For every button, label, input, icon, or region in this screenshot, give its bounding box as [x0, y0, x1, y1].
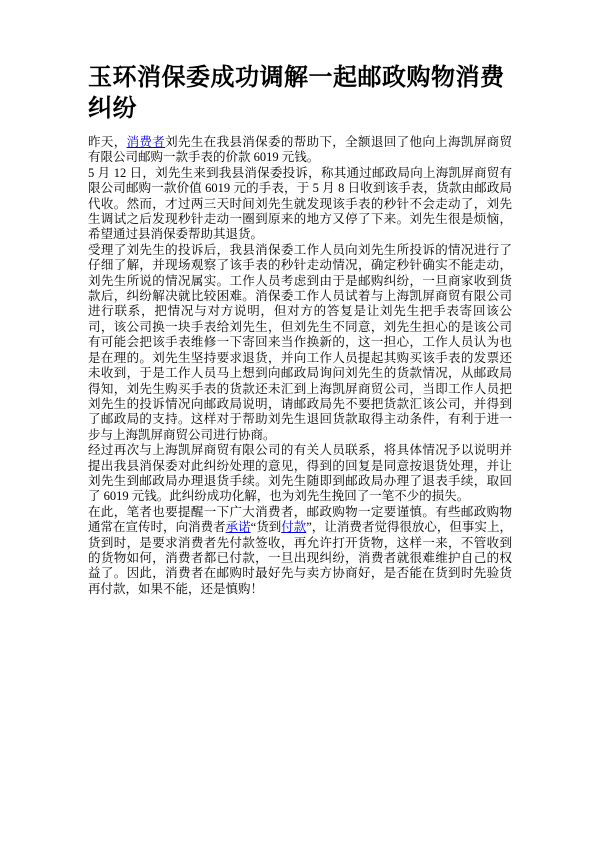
paragraph: 经过再次与上海凯屏商贸有限公司的有关人员联系，将具体情况予以说明并提出我县消保委…: [88, 443, 512, 505]
article-body: 昨天，消费者刘先生在我县消保委的帮助下，全额退回了他向上海凯屏商贸有限公司邮购一…: [88, 135, 512, 597]
inline-link[interactable]: 承诺: [226, 520, 251, 534]
paragraph: 昨天，消费者刘先生在我县消保委的帮助下，全额退回了他向上海凯屏商贸有限公司邮购一…: [88, 135, 512, 166]
paragraph: 在此，笔者也要提醒一下广大消费者，邮政购物一定要谨慎。有些邮政购物通常在宣传时，…: [88, 505, 512, 597]
inline-link[interactable]: 消费者: [127, 135, 166, 149]
paragraph: 5 月 12 日，刘先生来到我县消保委投诉，称其通过邮政局向上海凯屏商贸有限公司…: [88, 166, 512, 243]
paragraph-text: “货到: [251, 520, 282, 534]
paragraph: 受理了刘先生的投诉后，我县消保委工作人员向刘先生所投诉的情况进行了仔细了解，并现…: [88, 243, 512, 443]
paragraph-text: 5 月 12 日，刘先生来到我县消保委投诉，称其通过邮政局向上海凯屏商贸有限公司…: [88, 166, 512, 242]
document-page: 玉环消保委成功调解一起邮政购物消费纠纷 昨天，消费者刘先生在我县消保委的帮助下，…: [0, 0, 595, 842]
paragraph-text: 受理了刘先生的投诉后，我县消保委工作人员向刘先生所投诉的情况进行了仔细了解，并现…: [88, 243, 512, 442]
paragraph-text: 昨天，: [88, 135, 127, 149]
inline-link[interactable]: 付款: [281, 520, 306, 534]
paragraph-text: 经过再次与上海凯屏商贸有限公司的有关人员联系，将具体情况予以说明并提出我县消保委…: [88, 443, 512, 503]
article-title: 玉环消保委成功调解一起邮政购物消费纠纷: [88, 63, 512, 125]
